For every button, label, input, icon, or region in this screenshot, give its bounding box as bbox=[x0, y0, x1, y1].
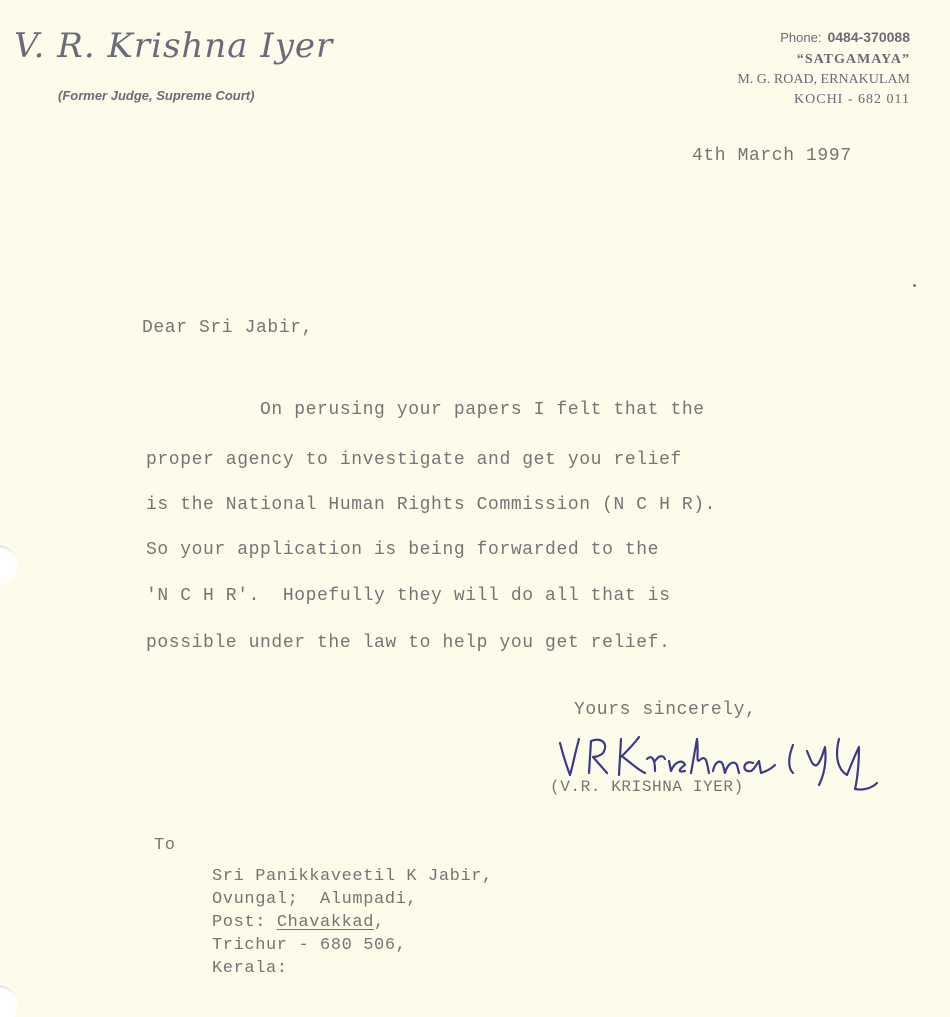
recipient-name: Sri Panikkaveetil K Jabir, bbox=[212, 866, 493, 888]
letterhead-title: (Former Judge, Supreme Court) bbox=[58, 88, 254, 103]
house-name: “SATGAMAYA” bbox=[737, 50, 910, 70]
body-line: is the National Human Rights Commission … bbox=[146, 495, 716, 515]
letterhead-name: V. R. Krishna Iyer bbox=[14, 26, 333, 66]
body-line: So your application is being forwarded t… bbox=[146, 540, 659, 560]
salutation: Dear Sri Jabir, bbox=[142, 318, 313, 338]
letter-date: 4th March 1997 bbox=[692, 146, 852, 166]
post-suffix: , bbox=[374, 913, 385, 932]
punch-hole-mark bbox=[0, 985, 18, 1017]
recipient-address-line: Ovungal; Alumpadi, bbox=[212, 889, 417, 911]
recipient-post-line: Post: Chavakkad, bbox=[212, 912, 385, 934]
recipient-city-line: Trichur - 680 506, bbox=[212, 935, 406, 957]
letterhead-contact: Phone:0484-370088 “SATGAMAYA” M. G. ROAD… bbox=[737, 26, 910, 110]
phone-row: Phone:0484-370088 bbox=[737, 26, 910, 48]
post-prefix: Post: bbox=[212, 913, 277, 932]
to-label: To bbox=[154, 836, 176, 855]
body-line: 'N C H R'. Hopefully they will do all th… bbox=[146, 586, 670, 606]
closing: Yours sincerely, bbox=[574, 700, 756, 720]
body-line: possible under the law to help you get r… bbox=[146, 633, 670, 653]
paper-speck bbox=[913, 284, 916, 287]
post-place: Chavakkad bbox=[277, 913, 374, 932]
body-line: proper agency to investigate and get you… bbox=[146, 450, 682, 470]
body-line: On perusing your papers I felt that the bbox=[146, 400, 705, 420]
city-pin: KOCHI - 682 011 bbox=[737, 90, 910, 110]
recipient-state-line: Kerala: bbox=[212, 958, 288, 980]
road-address: M. G. ROAD, ERNAKULAM bbox=[737, 70, 910, 90]
letter-page: V. R. Krishna Iyer (Former Judge, Suprem… bbox=[0, 0, 950, 1017]
punch-hole-mark bbox=[0, 545, 18, 585]
typed-signatory-name: (V.R. KRISHNA IYER) bbox=[550, 778, 744, 796]
phone-number: 0484-370088 bbox=[827, 29, 910, 45]
phone-label: Phone: bbox=[780, 30, 821, 45]
